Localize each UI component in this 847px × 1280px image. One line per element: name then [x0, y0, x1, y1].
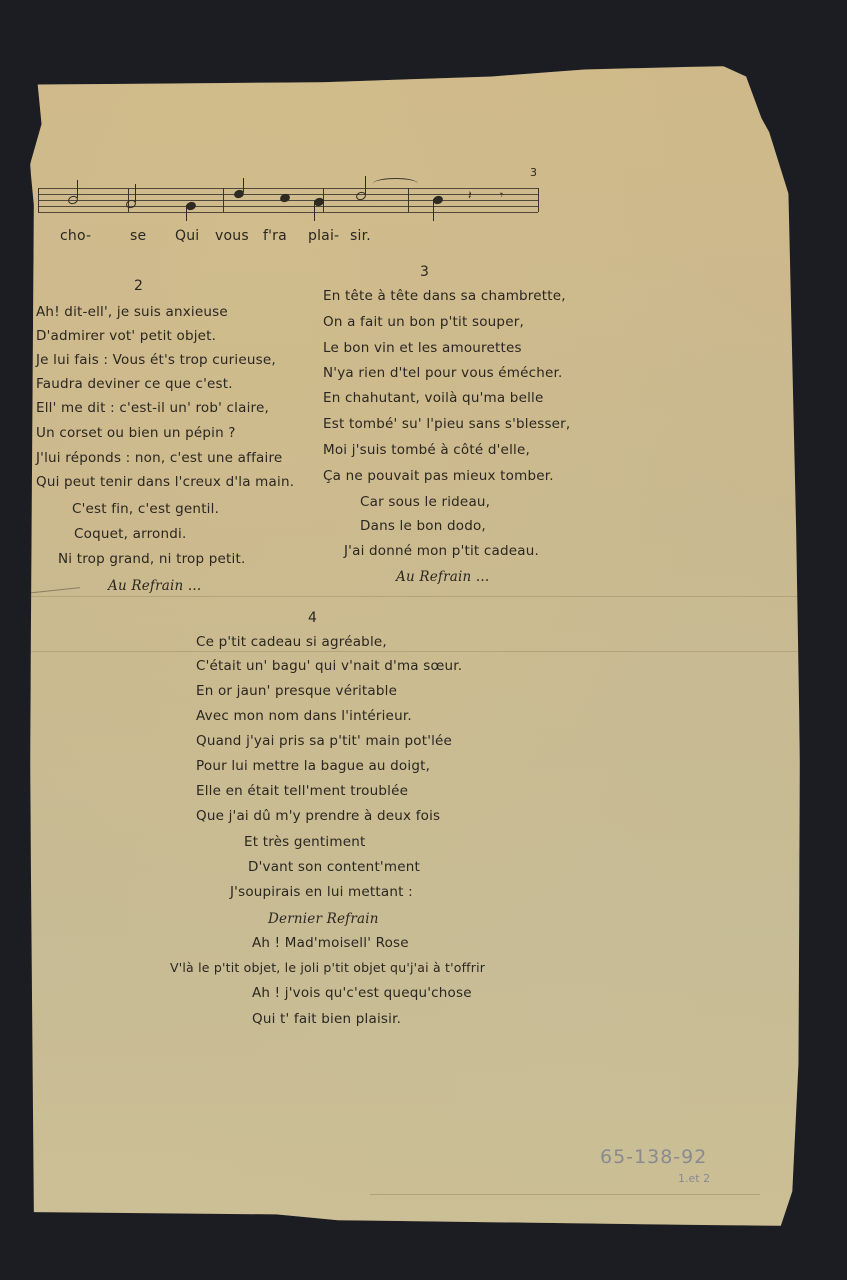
verse-3-refrain-cue: Au Refrain ...	[396, 569, 489, 585]
final-refrain-heading: Dernier Refrain	[268, 911, 379, 927]
fold-crease	[30, 596, 800, 597]
verse-3-number: 3	[420, 264, 429, 280]
verse-4-line: Elle en était tell'ment troublée	[196, 783, 408, 799]
lyric-syllable: sir.	[350, 228, 371, 244]
lyric-syllable: Qui	[175, 228, 199, 244]
verse-4-line: Que j'ai dû m'y prendre à deux fois	[196, 808, 440, 824]
fold-crease	[30, 651, 800, 652]
verse-2-indented-line: Ni trop grand, ni trop petit.	[58, 551, 245, 567]
final-refrain-line: V'là le p'tit objet, le joli p'tit objet…	[170, 960, 485, 975]
lyric-syllable: se	[130, 228, 146, 244]
verse-2-line: Je lui fais : Vous ét's trop curieuse,	[36, 352, 276, 368]
verse-3-indented-line: Dans le bon dodo,	[360, 518, 486, 534]
lyric-syllable: plai-	[308, 228, 339, 244]
lyric-syllable: vous	[215, 228, 249, 244]
lyric-syllable: f'ra	[263, 228, 287, 244]
verse-3-line: On a fait un bon p'tit souper,	[323, 314, 524, 330]
verse-3-line: Moi j'suis tombé à côté d'elle,	[323, 442, 530, 458]
final-refrain-line: Ah ! j'vois qu'c'est quequ'chose	[252, 985, 472, 1001]
verse-2-line: Ah! dit-ell', je suis anxieuse	[36, 304, 228, 320]
verse-3-line: En chahutant, voilà qu'ma belle	[323, 390, 544, 406]
verse-4-number: 4	[308, 610, 317, 626]
verse-4-line: En or jaun' presque véritable	[196, 683, 397, 699]
verse-2-line: Qui peut tenir dans l'creux d'la main.	[36, 474, 294, 490]
verse-2-line: Ell' me dit : c'est-il un' rob' claire,	[36, 400, 269, 416]
music-staff: 𝄽 𝄾 3	[38, 188, 538, 212]
verse-4-indented-line: J'soupirais en lui mettant :	[230, 884, 413, 900]
verse-3-line: Est tombé' su' l'pieu sans s'blesser,	[323, 416, 570, 432]
final-refrain-line: Qui t' fait bien plaisir.	[252, 1011, 401, 1027]
verse-3-line: Le bon vin et les amourettes	[323, 340, 522, 356]
verse-4-line: Avec mon nom dans l'intérieur.	[196, 708, 412, 724]
verse-2-line: Faudra deviner ce que c'est.	[36, 376, 233, 392]
staff-end-marker: 3	[530, 166, 537, 179]
verse-2-indented-line: Coquet, arrondi.	[74, 526, 186, 542]
lyric-syllable: cho-	[60, 228, 91, 244]
catalog-number: 65-138-92	[600, 1146, 707, 1168]
verse-4-indented-line: D'vant son content'ment	[248, 859, 420, 875]
verse-3-indented-line: Car sous le rideau,	[360, 494, 490, 510]
verse-4-line: C'était un' bagu' qui v'nait d'ma sœur.	[196, 658, 462, 674]
verse-2-indented-line: C'est fin, c'est gentil.	[72, 501, 219, 517]
verse-2-number: 2	[134, 278, 143, 294]
verse-3-indented-line: J'ai donné mon p'tit cadeau.	[344, 543, 539, 559]
paper-sheet: 𝄽 𝄾 3 cho- se Qui vous f'ra plai- sir. 2…	[30, 66, 800, 1226]
verse-2-line: J'lui réponds : non, c'est une affaire	[36, 450, 282, 466]
verse-3-line: Ça ne pouvait pas mieux tomber.	[323, 468, 554, 484]
final-refrain-line: Ah ! Mad'moisell' Rose	[252, 935, 409, 951]
verse-4-indented-line: Et très gentiment	[244, 834, 365, 850]
verse-4-line: Pour lui mettre la bague au doigt,	[196, 758, 430, 774]
verse-4-line: Ce p'tit cadeau si agréable,	[196, 634, 387, 650]
catalog-number-sub: 1.et 2	[678, 1172, 710, 1185]
verse-2-line: D'admirer vot' petit objet.	[36, 328, 216, 344]
verse-2-line: Un corset ou bien un pépin ?	[36, 425, 236, 441]
verse-2-refrain-cue: Au Refrain ...	[108, 578, 201, 594]
verse-3-line: N'ya rien d'tel pour vous émécher.	[323, 365, 563, 381]
verse-3-line: En tête à tête dans sa chambrette,	[323, 288, 566, 304]
verse-4-line: Quand j'yai pris sa p'tit' main pot'lée	[196, 733, 452, 749]
